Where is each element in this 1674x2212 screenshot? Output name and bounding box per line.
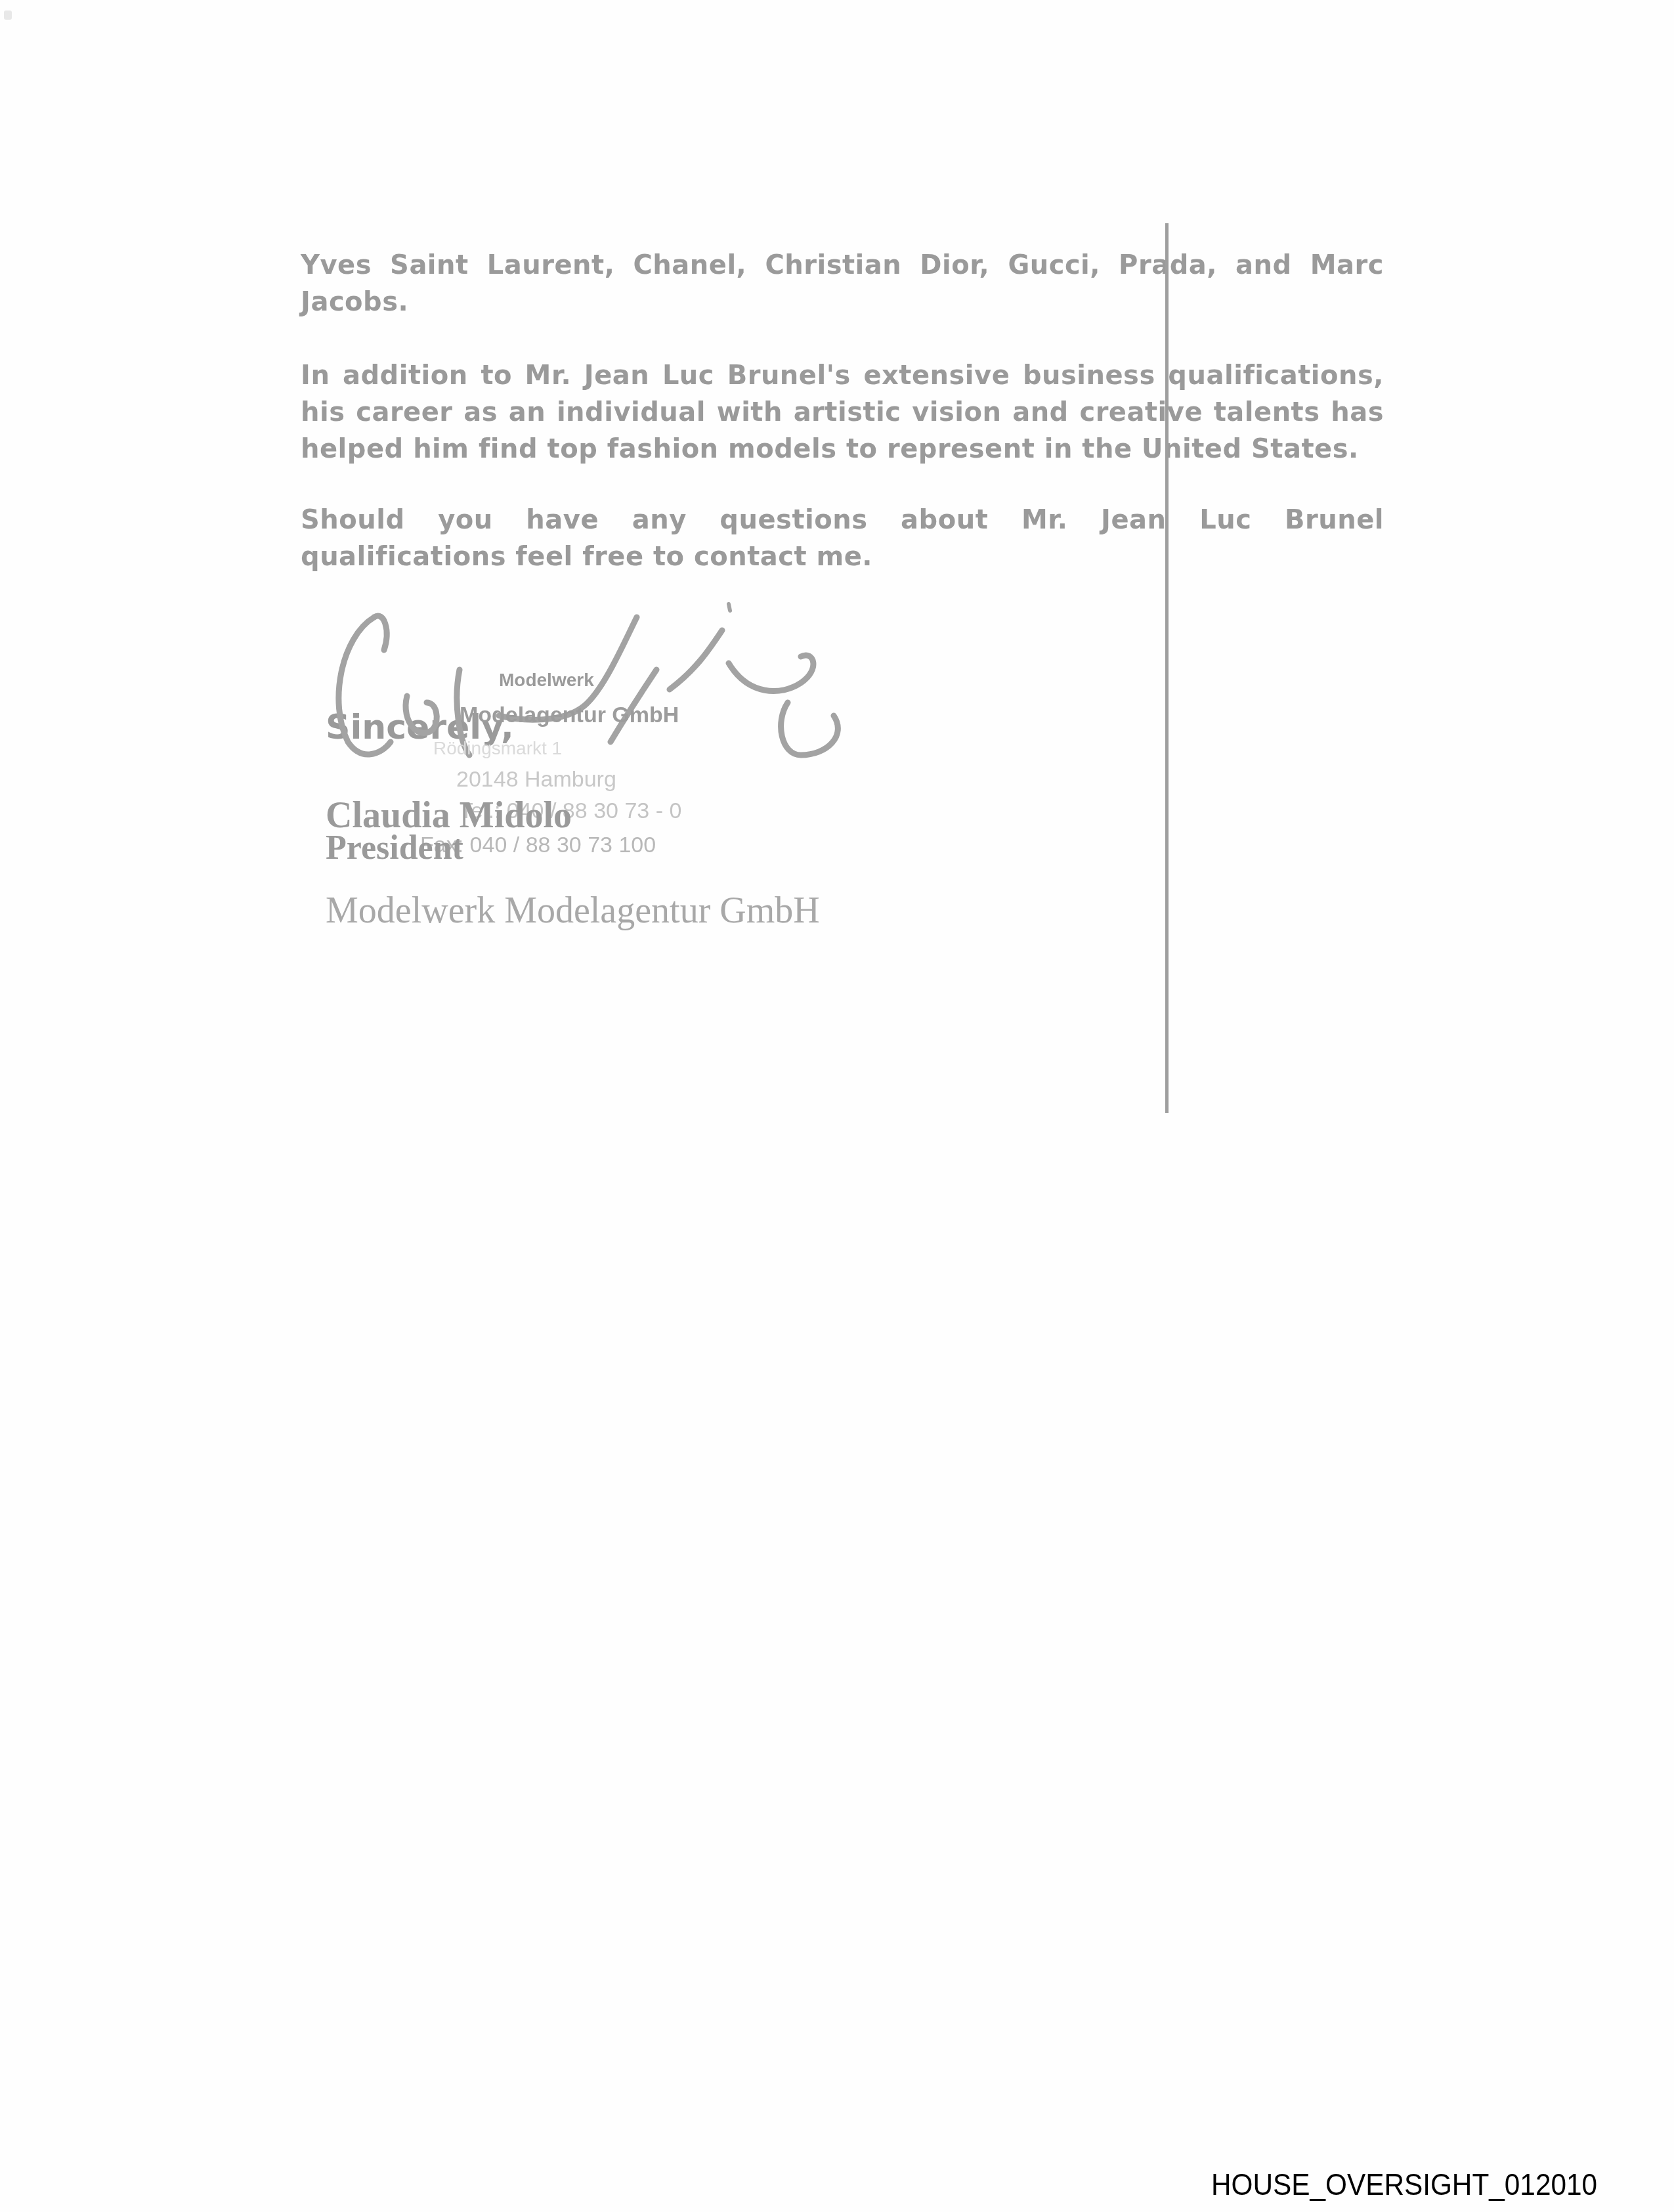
signatory-title: President [326,829,463,867]
paragraph-contact: Should you have any questions about Mr. … [301,502,1384,575]
stamp-line: Rödingsmarkt 1 [433,738,562,759]
handwritten-signature [328,591,867,775]
signatory-company: Modelwerk Modelagentur GmbH [326,890,820,932]
paragraph-qualifications: In addition to Mr. Jean Luc Brunel's ext… [301,357,1384,467]
stamp-line: Modelwerk [499,670,594,691]
scan-artifact [4,11,12,20]
paragraph-brands: Yves Saint Laurent, Chanel, Christian Di… [301,247,1384,320]
stamp-line: Modelagentur GmbH [460,703,679,728]
bates-number: HOUSE_OVERSIGHT_012010 [1211,2167,1597,2202]
stamp-line: 20148 Hamburg [456,767,616,792]
scan-fold-line [1165,223,1169,1113]
document-page: Yves Saint Laurent, Chanel, Christian Di… [0,0,1674,2212]
